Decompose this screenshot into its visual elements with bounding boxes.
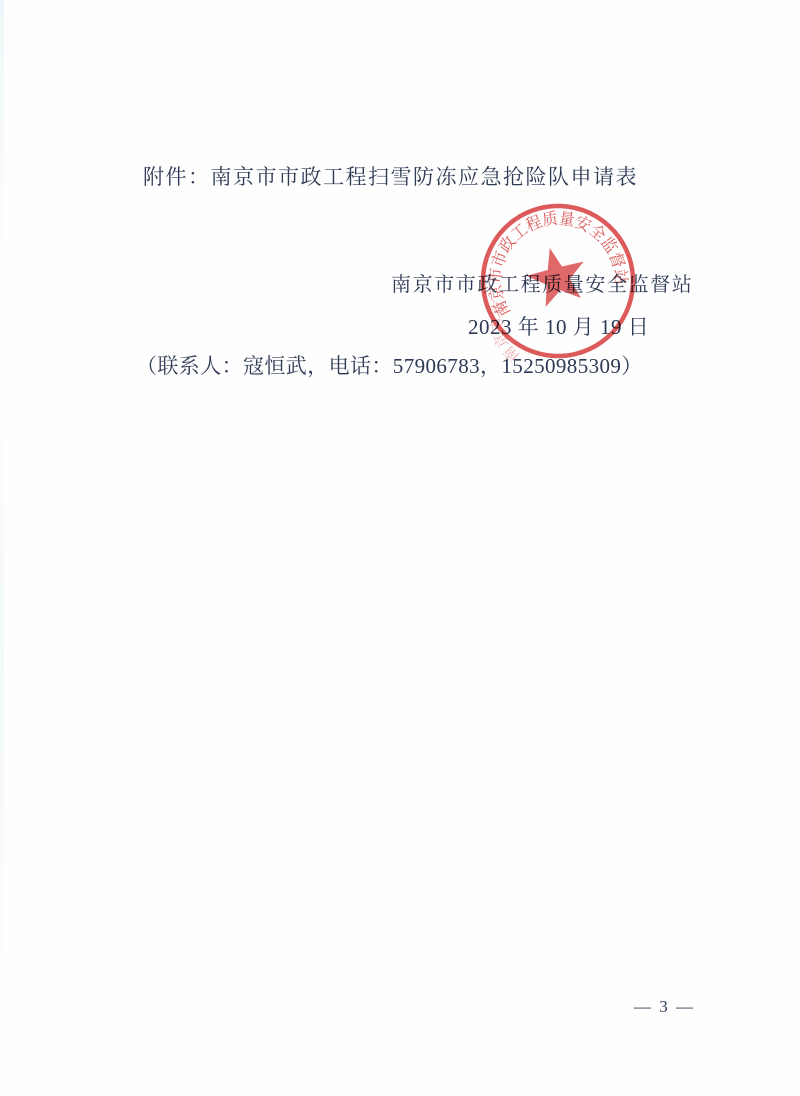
document-page: 附件：南京市市政工程扫雪防冻应急抢险队申请表 南京市市政工程质量安全监督站 20… — [0, 0, 800, 1096]
scan-edge-artifact — [0, 0, 4, 1096]
issuing-organization: 南京市市政工程质量安全监督站 — [391, 268, 693, 297]
page-number: — 3 — — [634, 997, 695, 1017]
seal-arc-text: 南京市市政工程质量安全监督站 — [470, 193, 633, 320]
attachment-title: 附件：南京市市政工程扫雪防冻应急抢险队申请表 — [143, 161, 638, 191]
issue-date: 2023 年 10 月 19 日 — [468, 311, 649, 341]
contact-line: （联系人：寇恒武，电话：57906783，15250985309） — [136, 350, 643, 380]
